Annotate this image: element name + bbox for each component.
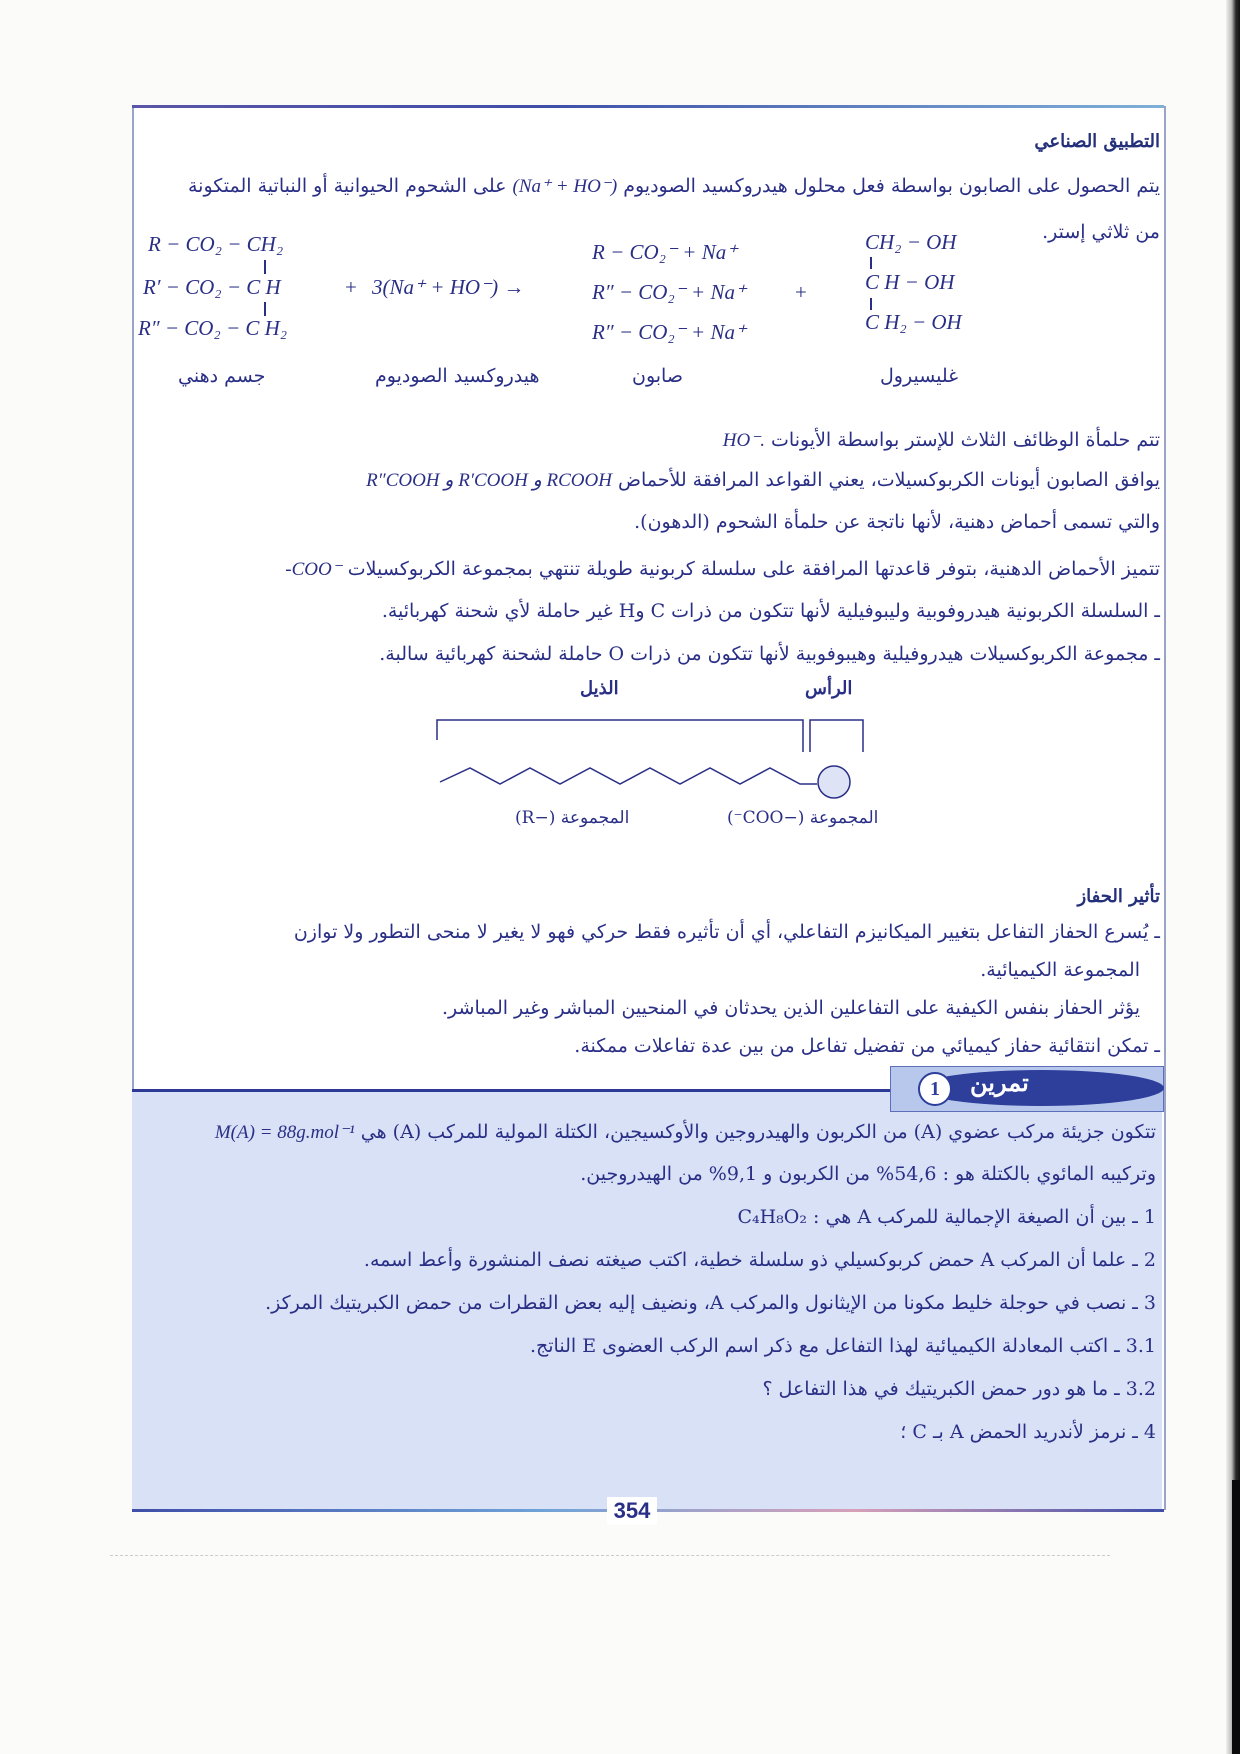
fatty-acid-paragraph: تتميز الأحماض الدهنية، بتوفر قاعدتها الم…: [285, 555, 1160, 584]
soap-molecule-diagram: الذيل الرأس المجموعة (−R) المجموعة (−COO…: [435, 700, 865, 850]
bond-line: [870, 257, 872, 269]
molar-mass-formula: M(A) = 88g.mol⁻¹: [215, 1122, 355, 1143]
glycerol-line-2: C H − OH: [865, 270, 954, 295]
label-fat: جسم دهني: [178, 365, 265, 387]
bracket-lines: [437, 720, 863, 752]
exercise-rule: [132, 1089, 902, 1092]
question-2: 2 ـ علما أن المركب A حمض كربوكسيلي ذو سل…: [364, 1246, 1156, 1274]
catalyst-line-3: يؤثر الحفاز بنفس الكيفية على التفاعلين ا…: [442, 994, 1140, 1022]
soap-paragraph-line-2: والتي تسمى أحماض دهنية، لأنها ناتجة عن ح…: [634, 508, 1160, 536]
question-3-1: 3.1 ـ اكتب المعادلة الكيميائية لهذا التف…: [530, 1332, 1156, 1360]
soap-line-1: R − CO₂⁻ + Na⁺: [592, 240, 737, 265]
r-group-label: المجموعة (−R): [515, 808, 629, 828]
exercise-header-oval: [918, 1070, 1164, 1106]
section-heading-catalyst: تأثير الحفاز: [1077, 883, 1160, 911]
intro-text-a: يتم الحصول على الصابون بواسطة فعل محلول …: [623, 175, 1160, 197]
label-soap: صابون: [632, 365, 683, 387]
hydrolysis-text: تتم حلمأة الوظائف الثلاث للإستر بواسطة ا…: [771, 429, 1160, 451]
fatty-acid-text: تتميز الأحماض الدهنية، بتوفر قاعدتها الم…: [348, 558, 1160, 580]
question-3: 3 ـ نصب في حوجلة خليط مكونا من الإيثانول…: [265, 1289, 1156, 1317]
label-naoh: هيدروكسيد الصوديوم: [375, 365, 540, 387]
bond-line: [264, 302, 266, 316]
soap-paragraph-line-1: يوافق الصابون أيونات الكربوكسيلات، يعني …: [366, 466, 1160, 495]
plus-sign: +: [795, 280, 807, 305]
glycerol-line-1: CH₂ − OH: [865, 230, 956, 255]
bond-line: [870, 298, 872, 310]
scan-artifact: [110, 1555, 1110, 1557]
bullet-hydrophilic-group: ـ مجموعة الكربوكسيلات هيدروفيلية وهيبوفو…: [379, 640, 1160, 668]
page-number: 354: [607, 1497, 657, 1525]
head-label: الرأس: [805, 678, 852, 699]
hydrocarbon-tail: [440, 768, 817, 784]
fatty-acid-formulas: RCOOH و R′COOH و R″COOH: [366, 470, 612, 491]
hydrolysis-paragraph: تتم حلمأة الوظائف الثلاث للإستر بواسطة ا…: [723, 426, 1160, 455]
hydroxide-formula: HO⁻.: [723, 430, 765, 451]
triester-line-2: R′ − CO₂ − C H: [143, 275, 281, 300]
triester-line-3: R″ − CO₂ − C H₂: [138, 316, 287, 341]
carboxylate-formula: -COO⁻: [285, 559, 341, 580]
soap-text: يوافق الصابون أيونات الكربوكسيلات، يعني …: [618, 469, 1160, 491]
naoh-formula: (Na⁺ + HO⁻): [513, 176, 618, 197]
exercise-number: 1: [918, 1072, 952, 1106]
naoh-reagent: 3(Na⁺ + HO⁻) →: [372, 275, 524, 300]
bullet-hydrophobic-chain: ـ السلسلة الكربونية هيدروفوبية وليبوفيلي…: [382, 597, 1160, 625]
intro-text-b: على الشحوم الحيوانية أو النباتية المتكون…: [188, 175, 506, 197]
catalyst-line-2: المجموعة الكيميائية.: [980, 956, 1140, 984]
glycerol-line-3: C H₂ − OH: [865, 310, 962, 335]
plus-sign: +: [345, 275, 357, 300]
catalyst-line-1: ـ يُسرع الحفاز التفاعل بتغيير الميكانيزم…: [294, 918, 1160, 946]
catalyst-line-4: ـ تمكن انتقائية حفاز كيميائي من تفضيل تف…: [574, 1032, 1160, 1060]
molecule-svg: [435, 710, 865, 810]
question-1: 1 ـ بين أن الصيغة الإجمالية للمركب A هي …: [737, 1203, 1156, 1231]
bond-line: [264, 260, 266, 274]
coo-group-label: المجموعة (−COO⁻): [727, 808, 878, 828]
tail-label: الذيل: [580, 678, 619, 699]
section-heading-industrial: التطبيق الصناعي: [1034, 128, 1160, 156]
label-glycerol: غليسيرول: [880, 365, 958, 387]
soap-line-3: R″ − CO₂⁻ + Na⁺: [592, 320, 746, 345]
carboxylate-head-icon: [818, 766, 850, 798]
soap-line-2: R″ − CO₂⁻ + Na⁺: [592, 280, 746, 305]
exercise-title: تمرين: [970, 1068, 1029, 1097]
triester-line-1: R − CO₂ − CH₂: [148, 232, 283, 257]
exercise-statement-line-2: وتركيبه المائوي بالكتلة هو : 54,6% من ال…: [580, 1160, 1156, 1188]
scan-edge: [1226, 0, 1240, 1754]
intro-line-2: من ثلاثي إستر.: [1042, 218, 1160, 246]
question-4: 4 ـ نرمز لأندريد الحمض A بـ C ؛: [900, 1418, 1156, 1446]
intro-line-1: يتم الحصول على الصابون بواسطة فعل محلول …: [188, 172, 1160, 201]
exercise-statement-line-1: تتكون جزيئة مركب عضوي (A) من الكربون وال…: [215, 1118, 1156, 1147]
question-3-2: 3.2 ـ ما هو دور حمض الكبريتيك في هذا الت…: [762, 1375, 1156, 1403]
statement-text: تتكون جزيئة مركب عضوي (A) من الكربون وال…: [361, 1121, 1156, 1143]
frame-top-rule: [132, 105, 1164, 108]
